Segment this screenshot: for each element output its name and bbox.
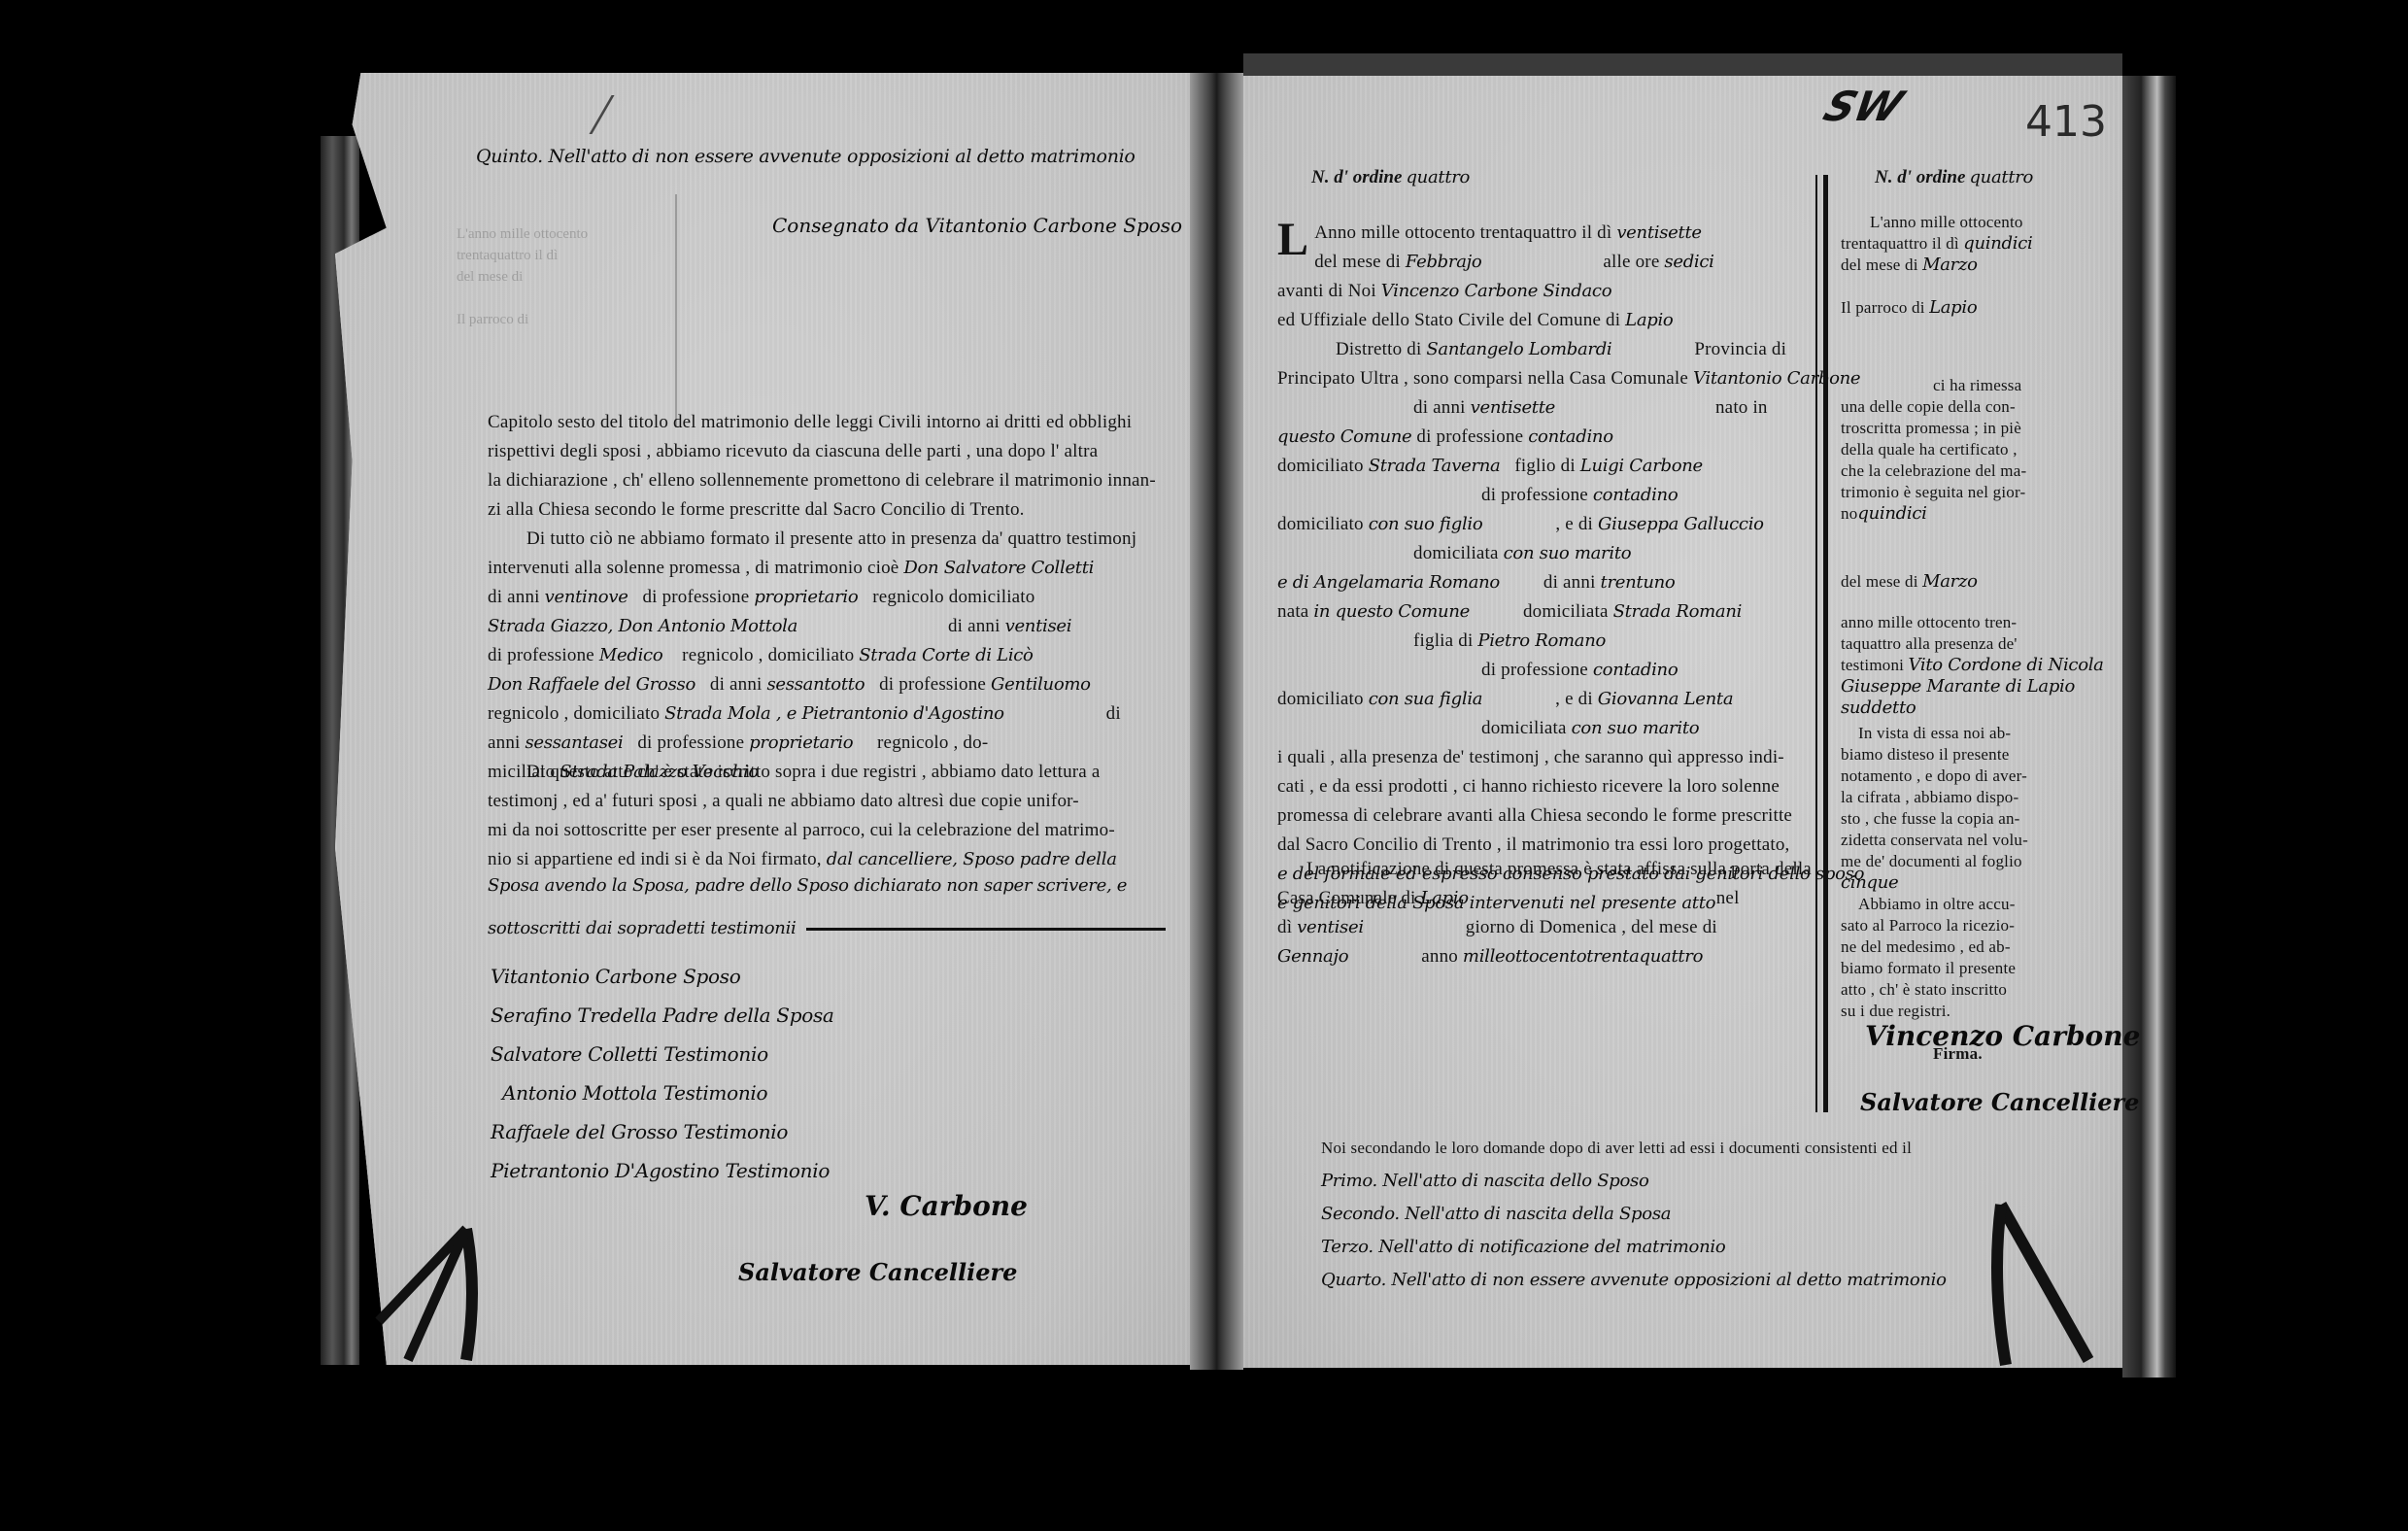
document-item: Secondo. Nell'atto di nascita della Spos… [1321,1198,1947,1231]
printed-text: regnicolo , domiciliato [488,703,660,724]
column-witness: Giuseppe Marante di Lapio [1841,676,2084,697]
firma-signature-cancelliere: Salvatore Cancelliere [1860,1088,2139,1116]
witness-name: Strada Giazzo, Don Antonio Mottola [488,616,797,636]
notification-comune: Lapio [1420,888,1468,908]
official-signature-cancelliere: Salvatore Cancelliere [738,1258,1017,1286]
groom-name: Vitantonio Carbone [1693,368,1860,389]
printed-text: di professione [637,732,744,753]
printed-text: Anno mille ottocento trentaquattro il dì [1314,222,1611,243]
groom-father-domicile: con suo figlio [1369,514,1483,534]
text-line: cati , e da essi prodotti , ci hanno ric… [1277,772,1816,801]
act-comune: Lapio [1625,310,1673,330]
bride-name: e di Angelamaria Romano [1277,572,1500,593]
printed-text: , e di [1487,689,1593,709]
notification-month: Gennajo [1277,946,1348,967]
printed-text: regnicolo domiciliato [872,587,1034,607]
signature: Vitantonio Carbone Sposo [491,957,834,996]
witness-profession: proprietario [749,732,853,753]
witness-line: anni sessantasei di professione propriet… [488,729,1168,758]
witness-line: Don Raffaele del Grosso di anni sessanto… [488,670,1168,699]
printed-text: domiciliata [1413,543,1499,563]
printed-text: Il parroco di [1841,298,1925,317]
text-line: sto , che fusse la copia an- [1841,808,2084,830]
text-line: i quali , alla presenza de' testimonj , … [1277,743,1816,772]
bride-age: trentuno [1601,572,1676,593]
printed-text: nato in [1560,397,1768,418]
printed-text: di anni [710,674,763,695]
folio-number: 413 [2025,97,2107,147]
witness-age: ventisei [1005,616,1072,636]
printed-text: trentaquattro il dì [1841,234,1959,253]
text-line: zi alla Chiesa secondo le forme prescrit… [488,495,1168,525]
text-line: della quale ha certificato , [1841,439,2084,460]
witness-line: Strada Giazzo, Don Antonio Mottola di an… [488,612,1168,641]
closing-underline [806,928,1166,931]
act-district: Santangelo Lombardi [1426,339,1611,359]
printed-text: anni [488,732,521,753]
printed-text: del mese di [1841,255,1918,274]
groom-age: ventisette [1471,397,1555,418]
printed-text: avanti di Noi [1277,281,1376,301]
celebration-day: quindici [1857,503,1926,524]
printed-text: figlia di [1413,630,1473,651]
text-line: Sposa avendo la Sposa, padre dello Sposo… [488,865,1127,907]
left-signatures: Vitantonio Carbone Sposo Serafino Tredel… [491,957,834,1190]
left-printed-paragraph-2: Di questo atto ch' è stato iscritto sopr… [488,758,1168,874]
act-hour: sedici [1664,252,1713,272]
printed-text: domiciliata [1481,718,1567,738]
witness-line: intervenuti alla solenne promessa , di m… [488,554,1168,583]
column-month: Marzo [1922,255,1978,275]
bride-domicile: Strada Romani [1613,601,1743,622]
bride-father-domicile: con sua figlia [1369,689,1483,709]
column-witness-tail: suddetto [1841,697,2084,719]
text-line: La notificazione di questa promessa è st… [1277,855,1816,884]
text-line: L'anno mille ottocento [1841,212,2084,233]
groom-profession: contadino [1528,426,1613,447]
document-item: Primo. Nell'atto di nascita dello Sposo [1321,1165,1947,1198]
text-line: mi da noi sottoscritte per eser presente… [488,816,1168,845]
parroco-place: Lapio [1929,297,1977,318]
documents-intro: Noi secondando le loro domande dopo di a… [1321,1132,1947,1165]
printed-text: domiciliato [1277,456,1364,476]
printed-text: regnicolo , domiciliato [682,645,854,665]
act-day: ventisette [1616,222,1701,243]
column-divider-rule-thin [1815,175,1817,1112]
text-line: Abbiamo in oltre accu- [1841,894,2084,915]
documents-block: Noi secondando le loro domande dopo di a… [1321,1132,1947,1297]
printed-text: di anni [488,587,540,607]
witness-age: sessantasei [525,732,623,753]
printed-text: Distretto di [1336,339,1421,359]
order-number-label: N. d' ordine [1311,167,1402,187]
bride-birthplace: in questo Comune [1313,601,1470,622]
document-item: Terzo. Nell'atto di notificazione del ma… [1321,1231,1947,1264]
text-line: promessa di celebrare avanti alla Chiesa… [1277,801,1816,831]
printed-text: di anni [1505,572,1596,593]
signature: Serafino Tredella Padre della Sposa [491,996,834,1035]
printed-text: di professione [1481,660,1588,680]
witness-line: di professione Medico regnicolo , domici… [488,641,1168,670]
groom-birthplace: questo Comune [1277,426,1411,447]
witness-profession: Medico [599,645,662,665]
witness-age: ventinove [545,587,628,607]
document-item: Quarto. Nell'atto di non essere avvenute… [1321,1264,1947,1297]
witness-profession: Gentiluomo [991,674,1091,695]
right-page-top-band [1243,53,2122,78]
bleed-through-text: L'anno mille ottocentotrentaquattro il d… [457,223,588,330]
column-witness: Vito Cordone di Nicola [1909,655,2104,675]
groom-father-profession: contadino [1593,485,1679,505]
text-line: anno mille ottocento tren- [1841,612,2084,633]
firma-signature-sindaco: Vincenzo Carbone [1865,1020,2140,1052]
text-line: me de' documenti al foglio [1841,851,2084,872]
text-line: Capitolo sesto del titolo del matrimonio… [488,408,1168,437]
text-line: una delle copie della con- [1841,396,2084,418]
order-number-label: N. d' ordine [1875,167,1965,187]
text-line: biamo disteso il presente [1841,744,2084,765]
printed-text: regnicolo , do- [877,732,988,753]
printed-text: di professione [488,645,594,665]
text-line: rispettivi degli sposi , abbiamo ricevut… [488,437,1168,466]
text-line: Di questo atto ch' è stato iscritto sopr… [488,758,1168,787]
celebration-month: Marzo [1922,571,1978,592]
text-line: testimonj , ed a' futuri sposi , a quali… [488,787,1168,816]
witness-name: Don Raffaele del Grosso [488,674,695,695]
bleed-through-rule [675,194,677,427]
text-line: sato al Parroco la ricezio- [1841,915,2084,936]
witness-domicile: Strada Corte di Licò [859,645,1033,665]
margin-title: Consegnato da Vitantonio Carbone Sposo [772,214,1182,237]
right-column-text: L'anno mille ottocento trentaquattro il … [1841,212,2084,1065]
witness-name: Don Salvatore Colletti [903,558,1094,578]
witnesses-block: Di tutto ciò ne abbiamo formato il prese… [488,525,1168,787]
order-number-column: N. d' ordine quattro [1875,167,2033,188]
printed-text: di professione [879,674,986,695]
right-page-edge-stack [2122,76,2176,1378]
printed-text: domiciliata [1475,601,1609,622]
printed-text: di professione [1416,426,1523,447]
dropcap-letter: L [1277,221,1308,259]
printed-text: nata [1277,601,1308,622]
printed-text: di anni [1277,397,1466,418]
notification-block: La notificazione di questa promessa è st… [1277,855,1816,971]
printed-text: del mese di [1841,572,1918,591]
act-official: Vincenzo Carbone Sindaco [1381,281,1612,301]
text-line: In vista di essa noi ab- [1841,723,2084,744]
foglio-number: cinque [1841,872,2084,894]
text-line: troscritta promessa ; in piè [1841,418,2084,439]
text-line: su i due registri. [1841,1001,2084,1022]
text-line: ci ha rimessa [1841,375,2084,396]
official-signature-sindaco: V. Carbone [865,1190,1028,1222]
printed-text: dì [1277,917,1292,937]
act-month: Febbrajo [1406,252,1482,272]
binding-clip-left [369,1214,486,1370]
text-line: la cifrata , abbiamo dispo- [1841,787,2084,808]
text-line: trimonio è seguita nel gior- [1841,482,2084,503]
witness-age: sessantotto [766,674,865,695]
printed-text: anno [1353,946,1458,967]
groom-mother: Giuseppa Galluccio [1598,514,1764,534]
witness-line: di anni ventinove di professione proprie… [488,583,1168,612]
text-line: che la celebrazione del ma- [1841,460,2084,482]
groom-father: Luigi Carbone [1580,456,1703,476]
signature: Pietrantonio D'Agostino Testimonio [491,1151,834,1190]
left-handwritten-closing: Sposa avendo la Sposa, padre dello Sposo… [488,865,1127,950]
left-header-line: Quinto. Nell'atto di non essere avvenute… [476,146,1136,167]
printed-text: alle ore [1486,252,1659,272]
printed-text: , sono comparsi nella Casa Comunale [1404,368,1688,389]
witness-profession: proprietario [754,587,858,607]
printed-text: di professione [642,587,749,607]
printed-text: intervenuti alla solenne promessa , di m… [488,558,899,578]
printed-text: Provincia di [1616,339,1786,359]
text-line: taquattro alla presenza de' [1841,633,2084,655]
order-number-value: quattro [1969,167,2033,187]
printed-text: giorno di Domenica , del mese di [1369,917,1717,937]
signature: Raffaele del Grosso Testimonio [491,1112,834,1151]
printed-text: no [1841,504,1857,523]
column-divider-rule [1823,175,1828,1112]
column-day: quindici [1963,233,2032,254]
bride-father: Pietro Romano [1477,630,1606,651]
printed-text: domiciliato [1277,689,1364,709]
printed-text: di [1009,703,1121,724]
bride-mother: Giovanna Lenta [1598,689,1733,709]
text-line: atto , ch' è stato inscritto [1841,979,2084,1001]
notification-year: milleottocentotrentaquattro [1463,946,1703,967]
printed-text: del mese di [1314,252,1401,272]
groom-mother-domicile: con suo marito [1504,543,1632,563]
notification-day: ventisei [1297,917,1364,937]
book-gutter [1190,73,1243,1370]
bride-mother-domicile: con suo marito [1572,718,1700,738]
printed-text: di anni [802,616,1001,636]
printed-text: di professione [1481,485,1588,505]
groom-domicile: Strada Taverna [1369,456,1501,476]
printed-text: nel [1474,888,1740,908]
binding-clip-right [1982,1195,2098,1370]
printed-text: domiciliato [1277,514,1364,534]
signature: Salvatore Colletti Testimonio [491,1035,834,1073]
signature: Antonio Mottola Testimonio [491,1073,834,1112]
printed-text: figlio di [1514,456,1576,476]
left-printed-paragraph-1: Capitolo sesto del titolo del matrimonio… [488,408,1168,525]
order-number-value: quattro [1406,167,1470,187]
text-line: ne del medesimo , ed ab- [1841,936,2084,958]
witness-domicile-and-name: Strada Mola , e Pietrantonio d'Agostino [664,703,1004,724]
printed-text: Casa Comunale di [1277,888,1416,908]
bride-father-profession: contadino [1593,660,1679,680]
act-province: Principato Ultra [1277,368,1399,389]
printed-text: , e di [1487,514,1593,534]
text-line: notamento , e dopo di aver- [1841,765,2084,787]
printed-text: testimoni [1841,656,1904,674]
printed-text: ed Uffiziale dello Stato Civile del Comu… [1277,310,1620,330]
text-line: biamo formato il presente [1841,958,2084,979]
witness-line: regnicolo , domiciliato Strada Mola , e … [488,699,1168,729]
text-line: Di tutto ciò ne abbiamo formato il prese… [488,525,1168,554]
order-number-main: N. d' ordine quattro [1311,167,1470,188]
text-line: la dichiarazione , ch' elleno sollenneme… [488,466,1168,495]
main-act-block: L Anno mille ottocento trentaquattro il … [1277,219,1816,918]
text-line: zidetta conservata nel volu- [1841,830,2084,851]
